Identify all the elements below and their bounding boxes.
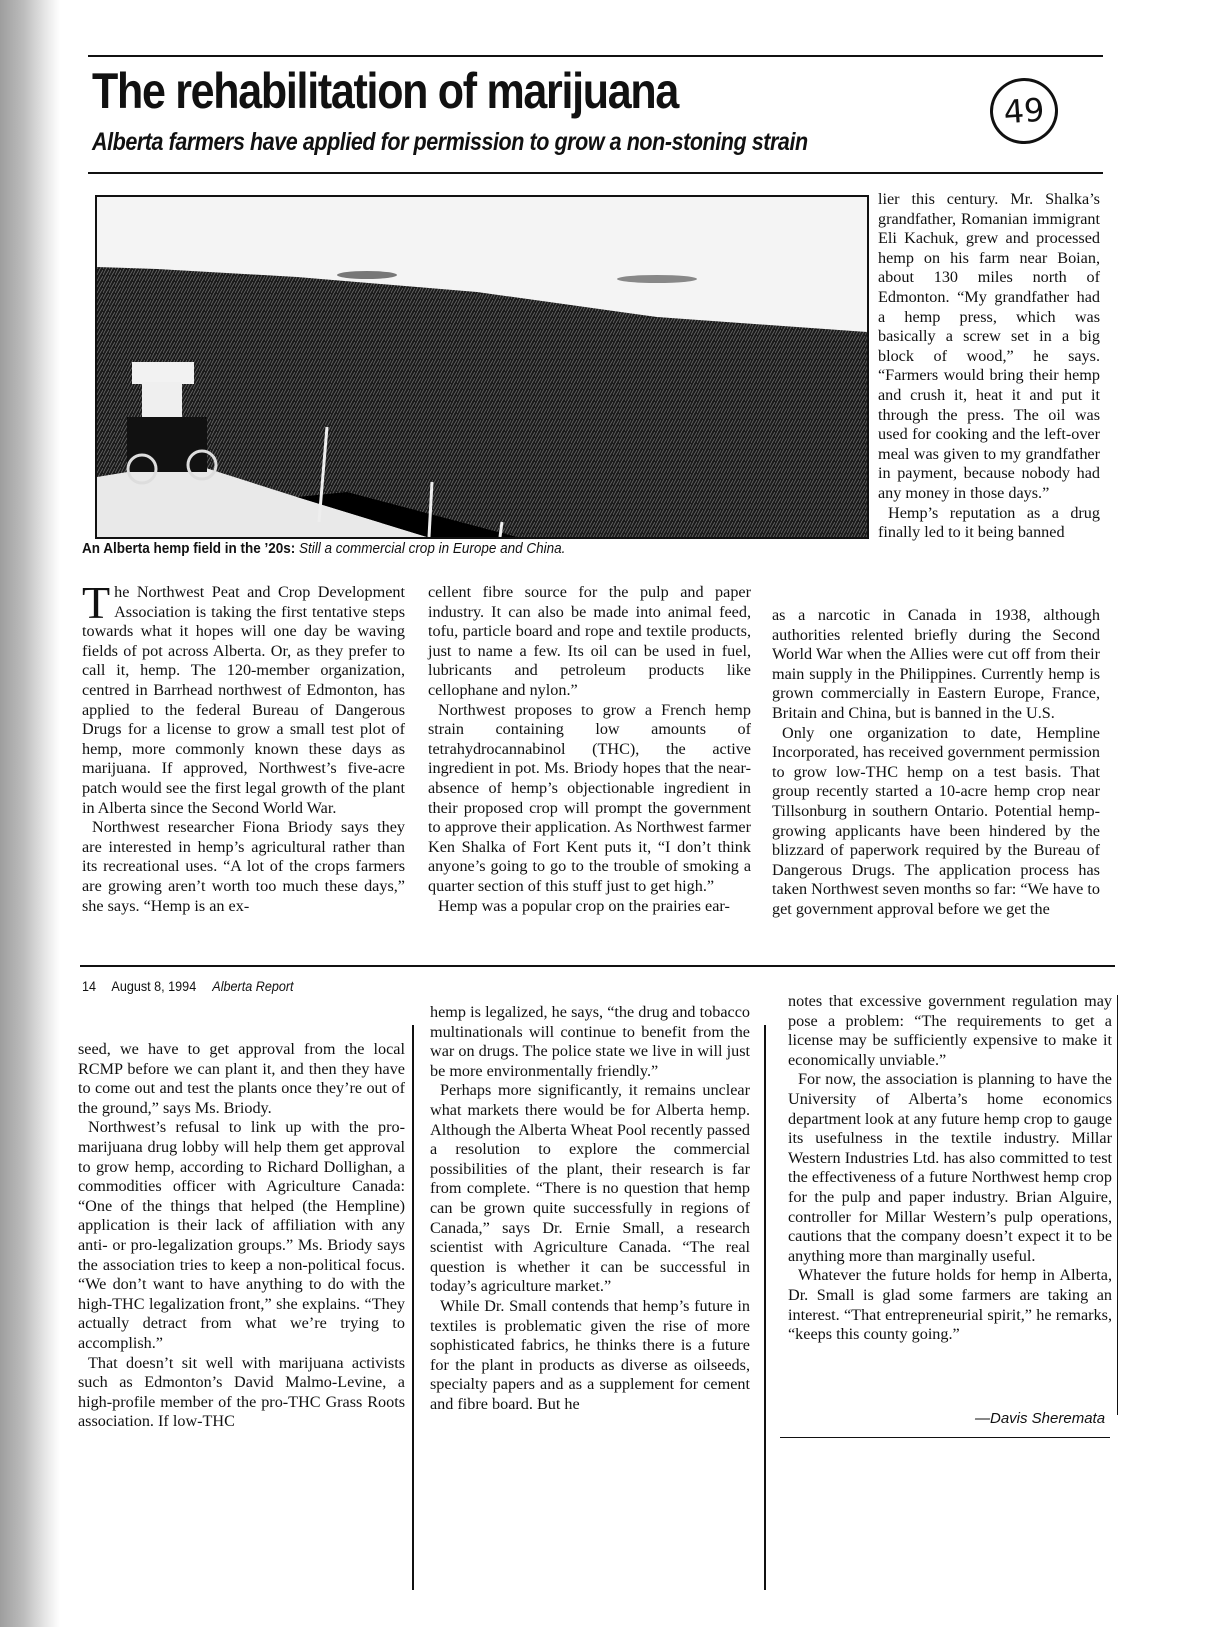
paragraph: hemp is legalized, he says, “the drug an…: [430, 1003, 750, 1081]
paragraph: The Northwest Peat and Crop Development …: [82, 583, 405, 818]
subheadline: Alberta farmers have applied for permiss…: [92, 128, 808, 157]
caption-text: Still a commercial crop in Europe and Ch…: [299, 540, 565, 557]
page-folio: 14 August 8, 1994 Alberta Report: [82, 978, 294, 994]
paragraph: seed, we have to get approval from the l…: [78, 1040, 405, 1118]
photo-illustration: [97, 197, 867, 537]
scan-binding-shadow: [0, 0, 60, 1627]
paragraph: cellent fibre source for the pulp and pa…: [428, 583, 751, 701]
column-divider: [1117, 995, 1118, 1415]
paragraph: Hemp’s reputation as a drug finally led …: [878, 504, 1100, 543]
paragraph: Hemp was a popular crop on the prairies …: [428, 897, 751, 917]
paragraph: Perhaps more significantly, it remains u…: [430, 1081, 750, 1297]
issue-date: August 8, 1994: [111, 978, 196, 994]
publication-name: Alberta Report: [212, 978, 293, 994]
top-rule: [88, 55, 1103, 57]
paragraph: While Dr. Small contends that hemp’s fut…: [430, 1297, 750, 1415]
top-column-2: cellent fibre source for the pulp and pa…: [428, 583, 751, 916]
top-column-1: The Northwest Peat and Crop Development …: [82, 583, 405, 916]
paragraph: notes that excessive government regulati…: [788, 992, 1112, 1070]
paragraph: Northwest researcher Fiona Briody says t…: [82, 818, 405, 916]
folio-rule: [80, 965, 1115, 967]
paragraph: lier this century. Mr. Shalka’s grandfat…: [878, 190, 1100, 504]
paragraph: Whatever the future holds for hemp in Al…: [788, 1266, 1112, 1344]
paragraph: Only one organization to date, Hempline …: [772, 724, 1100, 920]
bottom-column-1: seed, we have to get approval from the l…: [78, 1040, 405, 1432]
end-rule: [780, 1437, 1110, 1438]
caption-lead: An Alberta hemp field in the ’20s:: [82, 540, 295, 557]
bottom-column-2: hemp is legalized, he says, “the drug an…: [430, 1003, 750, 1414]
header-bottom-rule: [88, 172, 1103, 174]
column-divider: [764, 1025, 766, 1590]
page-number: 14: [82, 978, 96, 994]
column-divider: [412, 1025, 414, 1590]
drop-cap: T: [82, 585, 110, 621]
handwritten-page-number: 49: [988, 76, 1060, 147]
paragraph: That doesn’t sit well with marijuana act…: [78, 1354, 405, 1432]
paragraph: Northwest’s refusal to link up with the …: [78, 1118, 405, 1353]
paragraph: For now, the association is planning to …: [788, 1070, 1112, 1266]
byline: —Davis Sheremata: [975, 1410, 1105, 1427]
paragraph: Northwest proposes to grow a French hemp…: [428, 701, 751, 897]
photo-caption: An Alberta hemp field in the ’20s: Still…: [82, 540, 565, 557]
hemp-field-photo: [95, 195, 869, 539]
headline: The rehabilitation of marijuana: [92, 62, 678, 120]
top-column-3-upper: lier this century. Mr. Shalka’s grandfat…: [878, 190, 1100, 543]
top-column-3-lower: as a narcotic in Canada in 1938, althoug…: [772, 606, 1100, 920]
bottom-column-3: notes that excessive government regulati…: [788, 992, 1112, 1345]
paragraph: as a narcotic in Canada in 1938, althoug…: [772, 606, 1100, 724]
